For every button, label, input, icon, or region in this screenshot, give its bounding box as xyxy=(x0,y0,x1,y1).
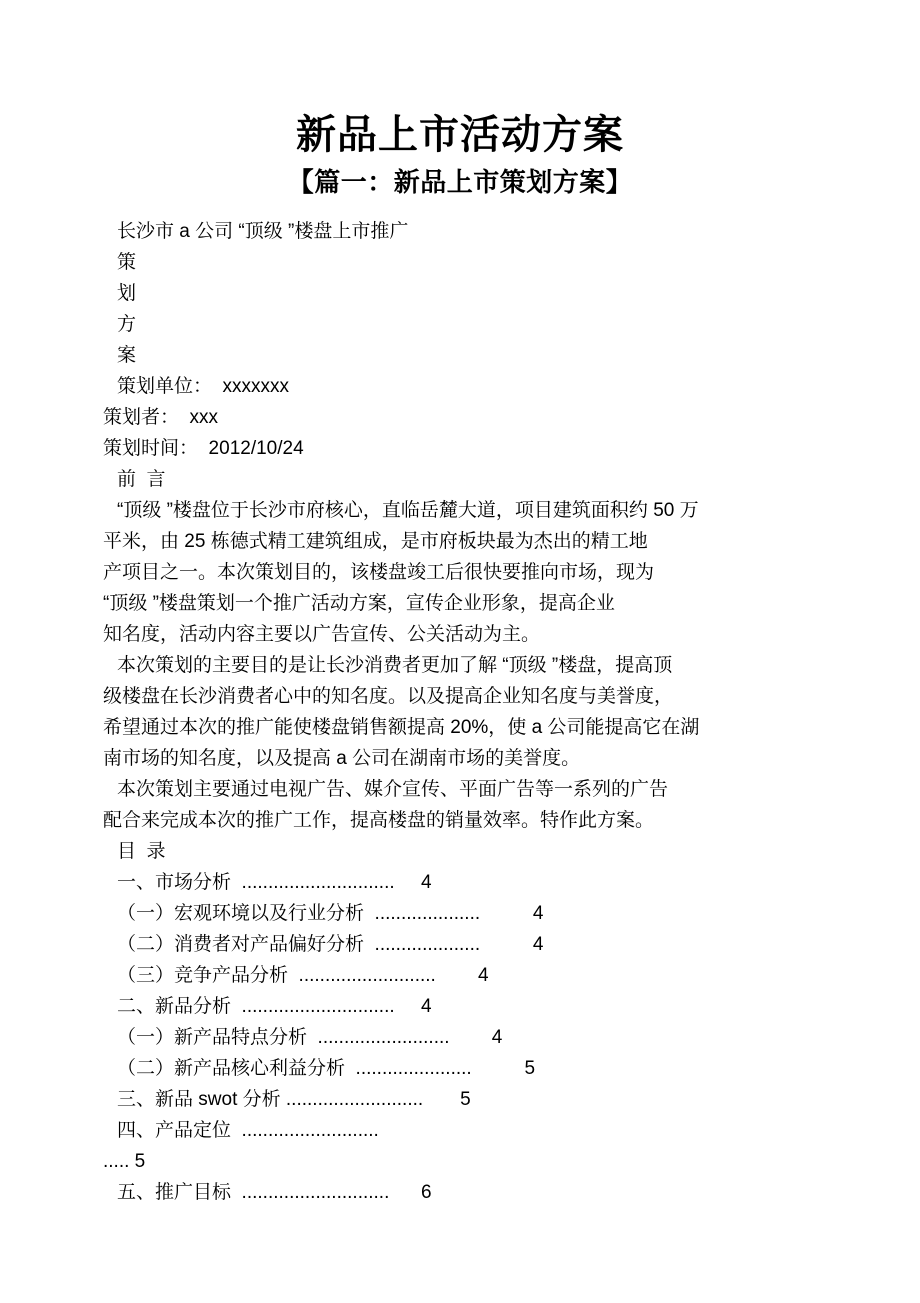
document-title: 新品上市活动方案 xyxy=(0,0,920,158)
meta-line: 策划单位： xxxxxxx xyxy=(103,371,830,402)
subheading-line: 前 言 xyxy=(103,464,830,495)
toc-line: （二）新产品核心利益分析 ...................... 5 xyxy=(103,1053,830,1084)
text-line: 平米，由 25 栋德式精工建筑组成，是市府板块最为杰出的精工地 xyxy=(103,526,830,557)
text-line: 案 xyxy=(103,340,830,371)
text-line: 产项目之一。本次策划目的，该楼盘竣工后很快要推向市场，现为 xyxy=(103,557,830,588)
document-page: 新品上市活动方案 【篇一：新品上市策划方案】 长沙市 a 公司 “顶级 ”楼盘上… xyxy=(0,0,920,1303)
text-line: “顶级 ”楼盘策划一个推广活动方案，宣传企业形象，提高企业 xyxy=(103,588,830,619)
text-line: 级楼盘在长沙消费者心中的知名度。以及提高企业知名度与美誉度， xyxy=(103,681,830,712)
toc-line: 三、新品 swot 分析 .......................... … xyxy=(103,1084,830,1115)
text-line: 长沙市 a 公司 “顶级 ”楼盘上市推广 xyxy=(103,216,830,247)
text-line: 策 xyxy=(103,247,830,278)
toc-line: 二、新品分析 ............................. 4 xyxy=(103,991,830,1022)
text-line: 本次策划的主要目的是让长沙消费者更加了解 “顶级 ”楼盘，提高顶 xyxy=(103,650,830,681)
text-line: 本次策划主要通过电视广告、媒介宣传、平面广告等一系列的广告 xyxy=(103,774,830,805)
text-line: 配合来完成本次的推广工作，提高楼盘的销量效率。特作此方案。 xyxy=(103,805,830,836)
text-line: 希望通过本次的推广能使楼盘销售额提高 20%，使 a 公司能提高它在湖 xyxy=(103,712,830,743)
toc-line: 四、产品定位 .......................... xyxy=(103,1115,830,1146)
toc-line: （二）消费者对产品偏好分析 .................... 4 xyxy=(103,929,830,960)
meta-line: 策划时间： 2012/10/24 xyxy=(103,433,830,464)
toc-line: 一、市场分析 ............................. 4 xyxy=(103,867,830,898)
document-body: 长沙市 a 公司 “顶级 ”楼盘上市推广策划方案策划单位： xxxxxxx策划者… xyxy=(0,216,920,1208)
section-heading: 【篇一：新品上市策划方案】 xyxy=(0,168,920,198)
text-line: 方 xyxy=(103,309,830,340)
toc-line: ..... 5 xyxy=(103,1146,830,1177)
meta-line: 策划者： xxx xyxy=(103,402,830,433)
toc-line: （三）竞争产品分析 .......................... 4 xyxy=(103,960,830,991)
text-line: 知名度，活动内容主要以广告宣传、公关活动为主。 xyxy=(103,619,830,650)
text-line: 南市场的知名度，以及提高 a 公司在湖南市场的美誉度。 xyxy=(103,743,830,774)
toc-line: 五、推广目标 ............................ 6 xyxy=(103,1177,830,1208)
toc-line: （一）新产品特点分析 ......................... 4 xyxy=(103,1022,830,1053)
toc-line: （一）宏观环境以及行业分析 .................... 4 xyxy=(103,898,830,929)
subheading-line: 目 录 xyxy=(103,836,830,867)
text-line: “顶级 ”楼盘位于长沙市府核心，直临岳麓大道，项目建筑面积约 50 万 xyxy=(103,495,830,526)
text-line: 划 xyxy=(103,278,830,309)
